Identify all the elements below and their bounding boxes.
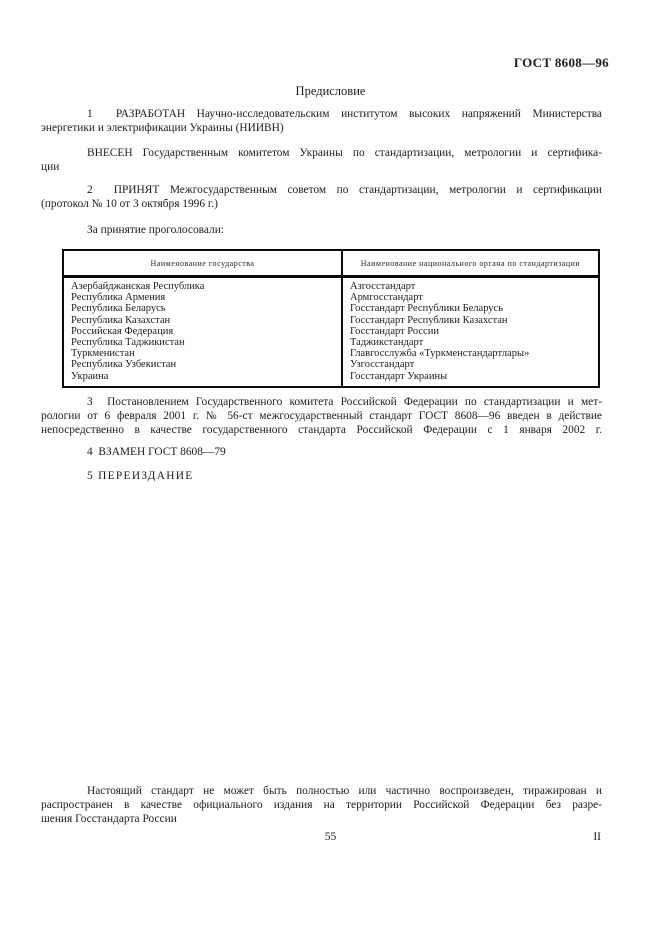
text-line: (протокол № 10 от 3 октября 1996 г.) [41, 197, 602, 211]
text-line: 4 ВЗАМЕН ГОСТ 8608—79 [41, 445, 602, 459]
doc-code: ГОСТ 8608—96 [514, 55, 609, 71]
text-line: Настоящий стандарт не может быть полност… [41, 784, 602, 798]
text-line: ВНЕСЕН Государственным комитетом Украины… [41, 146, 602, 160]
paragraph-reissue: 5 ПЕРЕИЗДАНИЕ [41, 469, 602, 483]
state-cell: Республика Армения [63, 292, 342, 303]
state-cell: Азербайджанская Республика [63, 277, 342, 293]
org-cell: Азгосстандарт [342, 277, 599, 293]
table-row: Республика Казахстан Госстандарт Республ… [63, 315, 599, 326]
paragraph-developed-by: 1 РАЗРАБОТАН Научно-исследовательским ин… [41, 107, 602, 135]
table-row: Украина Госстандарт Украины [63, 371, 599, 387]
paragraph-adopted-by: 2 ПРИНЯТ Межгосударственным советом по с… [41, 183, 602, 211]
text-line: За принятие проголосовали: [41, 223, 602, 237]
paragraph-replaces: 4 ВЗАМЕН ГОСТ 8608—79 [41, 445, 602, 459]
paragraph-enacted-by-decree: 3 Постановлением Государственного комите… [41, 395, 602, 437]
state-cell: Республика Казахстан [63, 315, 342, 326]
column-header-state: Наименование государства [63, 250, 342, 277]
paragraph-copyright-notice: Настоящий стандарт не может быть полност… [41, 784, 602, 826]
table-row: Туркменистан Главгосслужба «Туркменстанд… [63, 348, 599, 359]
text-line: 3 Постановлением Государственного комите… [41, 395, 602, 409]
text-line: ции [41, 160, 602, 174]
org-cell: Госстандарт Украины [342, 371, 599, 387]
table-row: Республика Таджикистан Таджикстандарт [63, 337, 599, 348]
org-cell: Госстандарт Республики Казахстан [342, 315, 599, 326]
table-row: Азербайджанская Республика Азгосстандарт [63, 277, 599, 293]
table-row: Республика Беларусь Госстандарт Республи… [63, 303, 599, 314]
org-cell: Узгосстандарт [342, 359, 599, 370]
paragraph-voted-for: За принятие проголосовали: [41, 223, 602, 237]
voting-table-body: Азербайджанская Республика Азгосстандарт… [63, 277, 599, 387]
column-header-standards-body: Наименование национального органа по ста… [342, 250, 599, 277]
voting-table: Наименование государства Наименование на… [62, 249, 600, 388]
voting-table-header: Наименование государства Наименование на… [63, 250, 599, 277]
org-cell: Госстандарт России [342, 326, 599, 337]
text-line: 5 ПЕРЕИЗДАНИЕ [41, 469, 602, 483]
text-line: непосредственно в качестве государственн… [41, 423, 602, 437]
org-cell: Армгосстандарт [342, 292, 599, 303]
table-row: Российская Федерация Госстандарт России [63, 326, 599, 337]
text-line: 1 РАЗРАБОТАН Научно-исследовательским ин… [41, 107, 602, 121]
org-cell: Госстандарт Республики Беларусь [342, 303, 599, 314]
table-header-row: Наименование государства Наименование на… [63, 250, 599, 277]
sheet-number: II [593, 831, 601, 843]
table-row: Республика Армения Армгосстандарт [63, 292, 599, 303]
text-line: распространен в качестве официального из… [41, 798, 602, 812]
state-cell: Республика Беларусь [63, 303, 342, 314]
state-cell: Туркменистан [63, 348, 342, 359]
state-cell: Республика Таджикистан [63, 337, 342, 348]
paragraph-submitted-by: ВНЕСЕН Государственным комитетом Украины… [41, 146, 602, 174]
page-number: 55 [0, 831, 661, 843]
document-page: ГОСТ 8608—96 Предисловие 1 РАЗРАБОТАН На… [0, 0, 661, 936]
text-line: 2 ПРИНЯТ Межгосударственным советом по с… [41, 183, 602, 197]
org-cell: Главгосслужба «Туркменстандартлары» [342, 348, 599, 359]
org-cell: Таджикстандарт [342, 337, 599, 348]
state-cell: Украина [63, 371, 342, 387]
text-line: энергетики и электрификации Украины (НИИ… [41, 121, 602, 135]
page-title: Предисловие [0, 84, 661, 99]
state-cell: Российская Федерация [63, 326, 342, 337]
text-line: рологии от 6 февраля 2001 г. № 56-ст меж… [41, 409, 602, 423]
state-cell: Республика Узбекистан [63, 359, 342, 370]
table-row: Республика Узбекистан Узгосстандарт [63, 359, 599, 370]
text-line: шения Госстандарта России [41, 812, 602, 826]
